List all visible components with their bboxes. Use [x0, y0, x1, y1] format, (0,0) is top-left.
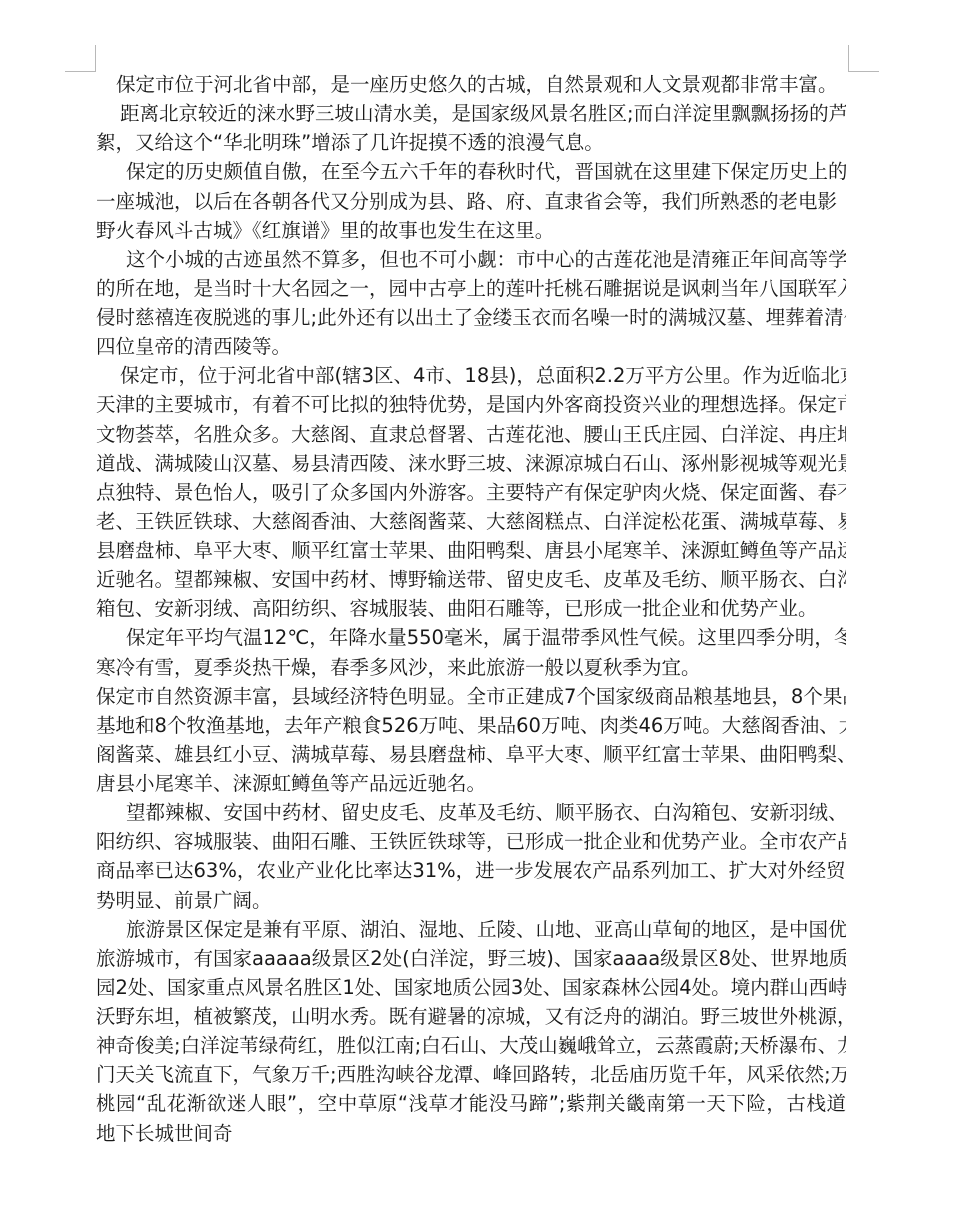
- text-line: 基地和8个牧渔基地，去年产粮食526万吨、果品60万吨、肉类46万吨。大慈阁香油…: [96, 711, 846, 740]
- text-line: 野火春风斗古城》《红旗谱》里的故事也发生在这里。: [96, 216, 846, 245]
- text-line: 一座城池，以后在各朝各代又分别成为县、路、府、直隶省会等，我们所熟悉的老电影《: [96, 187, 846, 216]
- paragraph-overview: 保定市，位于河北省中部(辖3区、4市、18县)，总面积2.2万平方公里。作为近临…: [96, 361, 846, 623]
- text-line: 县磨盘柿、阜平大枣、顺平红富士苹果、曲阳鸭梨、唐县小尾寒羊、涞源虹鳟鱼等产品远: [96, 536, 846, 565]
- text-line: 点独特、景色怡人，吸引了众多国内外游客。主要特产有保定驴肉火烧、保定面酱、春不: [96, 478, 846, 507]
- text-line: 商品率已达63%，农业产业化比率达31%，进一步发展农产品系列加工、扩大对外经贸…: [96, 856, 846, 885]
- paragraph-tourism: 旅游景区保定是兼有平原、湖泊、湿地、丘陵、山地、亚高山草甸的地区，是中国优秀 旅…: [96, 915, 846, 1148]
- text-line: 老、王铁匠铁球、大慈阁香油、大慈阁酱菜、大慈阁糕点、白洋淀松花蛋、满城草莓、易: [96, 507, 846, 536]
- text-line: 四位皇帝的清西陵等。: [96, 332, 846, 361]
- margin-corner-mark-top-right: [848, 45, 879, 72]
- paragraph-industry: 望都辣椒、安国中药材、留史皮毛、皮革及毛纺、顺平肠衣、白沟箱包、安新羽绒、高 阳…: [96, 798, 846, 915]
- text-line: 保定的历史颇值自傲，在至今五六千年的春秋时代，晋国就在这里建下保定历史上的第: [96, 157, 846, 186]
- text-line: 望都辣椒、安国中药材、留史皮毛、皮革及毛纺、顺平肠衣、白沟箱包、安新羽绒、高: [96, 798, 846, 827]
- text-line: 文物荟萃，名胜众多。大慈阁、直隶总督署、古莲花池、腰山王氏庄园、白洋淀、冉庄地: [96, 420, 846, 449]
- text-line: 阁酱菜、雄县红小豆、满城草莓、易县磨盘柿、阜平大枣、顺平红富士苹果、曲阳鸭梨、: [96, 740, 846, 769]
- text-line: 桃园“乱花渐欲迷人眼”，空中草原“浅草才能没马蹄”;紫荆关畿南第一天下险，古栈道: [96, 1089, 846, 1118]
- text-line: 近驰名。望都辣椒、安国中药材、博野输送带、留史皮毛、皮革及毛纺、顺平肠衣、白沟: [96, 565, 846, 594]
- text-line: 道战、满城陵山汉墓、易县清西陵、涞水野三坡、涞源凉城白石山、涿州影视城等观光景: [96, 449, 846, 478]
- text-line: 保定市位于河北省中部，是一座历史悠久的古城，自然景观和人文景观都非常丰富。: [96, 70, 846, 99]
- text-line: 的所在地，是当时十大名园之一，园中古亭上的莲叶托桃石雕据说是讽刺当年八国联军入: [96, 274, 846, 303]
- text-line: 这个小城的古迹虽然不算多，但也不可小觑：市中心的古莲花池是清雍正年间高等学府: [96, 245, 846, 274]
- text-line: 保定年平均气温12℃，年降水量550毫米，属于温带季风性气候。这里四季分明，冬季: [96, 623, 846, 652]
- text-line: 地下长城世间奇: [96, 1119, 846, 1148]
- text-line: 门天关飞流直下，气象万千;西胜沟峡谷龙潭、峰回路转，北岳庙历览千年，风采依然;万…: [96, 1060, 846, 1089]
- text-line: 旅游城市，有国家aaaaa级景区2处(白洋淀，野三坡)、国家aaaa级景区8处、…: [96, 944, 846, 973]
- text-line: 侵时慈禧连夜脱逃的事儿;此外还有以出土了金缕玉衣而名噪一时的满城汉墓、埋葬着清代: [96, 303, 846, 332]
- text-line: 距离北京较近的涞水野三坡山清水美，是国家级风景名胜区;而白洋淀里飘飘扬扬的芦苇: [96, 99, 846, 128]
- margin-corner-mark-top-left: [65, 45, 96, 72]
- text-line: 阳纺织、容城服装、曲阳石雕、王铁匠铁球等，已形成一批企业和优势产业。全市农产品: [96, 827, 846, 856]
- paragraph-history: 保定的历史颇值自傲，在至今五六千年的春秋时代，晋国就在这里建下保定历史上的第 一…: [96, 157, 846, 244]
- text-line: 保定市，位于河北省中部(辖3区、4市、18县)，总面积2.2万平方公里。作为近临…: [96, 361, 846, 390]
- document-body[interactable]: 保定市位于河北省中部，是一座历史悠久的古城，自然景观和人文景观都非常丰富。 距离…: [96, 70, 846, 1148]
- text-line: 园2处、国家重点风景名胜区1处、国家地质公园3处、国家森林公园4处。境内群山西峙…: [96, 973, 846, 1002]
- text-line: 天津的主要城市，有着不可比拟的独特优势，是国内外客商投资兴业的理想选择。保定市: [96, 390, 846, 419]
- text-line: 唐县小尾寒羊、涞源虹鳟鱼等产品远近驰名。: [96, 769, 846, 798]
- paragraph-climate: 保定年平均气温12℃，年降水量550毫米，属于温带季风性气候。这里四季分明，冬季…: [96, 623, 846, 681]
- text-line: 神奇俊美;白洋淀苇绿荷红，胜似江南;白石山、大茂山巍峨耸立，云蒸霞蔚;天桥瀑布、…: [96, 1031, 846, 1060]
- paragraph-resources: 保定市自然资源丰富，县域经济特色明显。全市正建成7个国家级商品粮基地县，8个果品…: [96, 682, 846, 799]
- paragraph-scenery: 距离北京较近的涞水野三坡山清水美，是国家级风景名胜区;而白洋淀里飘飘扬扬的芦苇 …: [96, 99, 846, 157]
- text-line: 沃野东坦，植被繁茂，山明水秀。既有避暑的凉城，又有泛舟的湖泊。野三坡世外桃源，: [96, 1002, 846, 1031]
- paragraph-intro: 保定市位于河北省中部，是一座历史悠久的古城，自然景观和人文景观都非常丰富。: [96, 70, 846, 99]
- text-line: 箱包、安新羽绒、高阳纺织、容城服装、曲阳石雕等，已形成一批企业和优势产业。: [96, 594, 846, 623]
- text-line: 保定市自然资源丰富，县域经济特色明显。全市正建成7个国家级商品粮基地县，8个果品: [96, 682, 846, 711]
- document-page: 保定市位于河北省中部，是一座历史悠久的古城，自然景观和人文景观都非常丰富。 距离…: [0, 0, 969, 1220]
- paragraph-relics: 这个小城的古迹虽然不算多，但也不可小觑：市中心的古莲花池是清雍正年间高等学府 的…: [96, 245, 846, 362]
- text-line: 势明显、前景广阔。: [96, 886, 846, 915]
- text-line: 絮，又给这个“华北明珠”增添了几许捉摸不透的浪漫气息。: [96, 128, 846, 157]
- text-line: 寒冷有雪，夏季炎热干燥，春季多风沙，来此旅游一般以夏秋季为宜。: [96, 653, 846, 682]
- text-line: 旅游景区保定是兼有平原、湖泊、湿地、丘陵、山地、亚高山草甸的地区，是中国优秀: [96, 915, 846, 944]
